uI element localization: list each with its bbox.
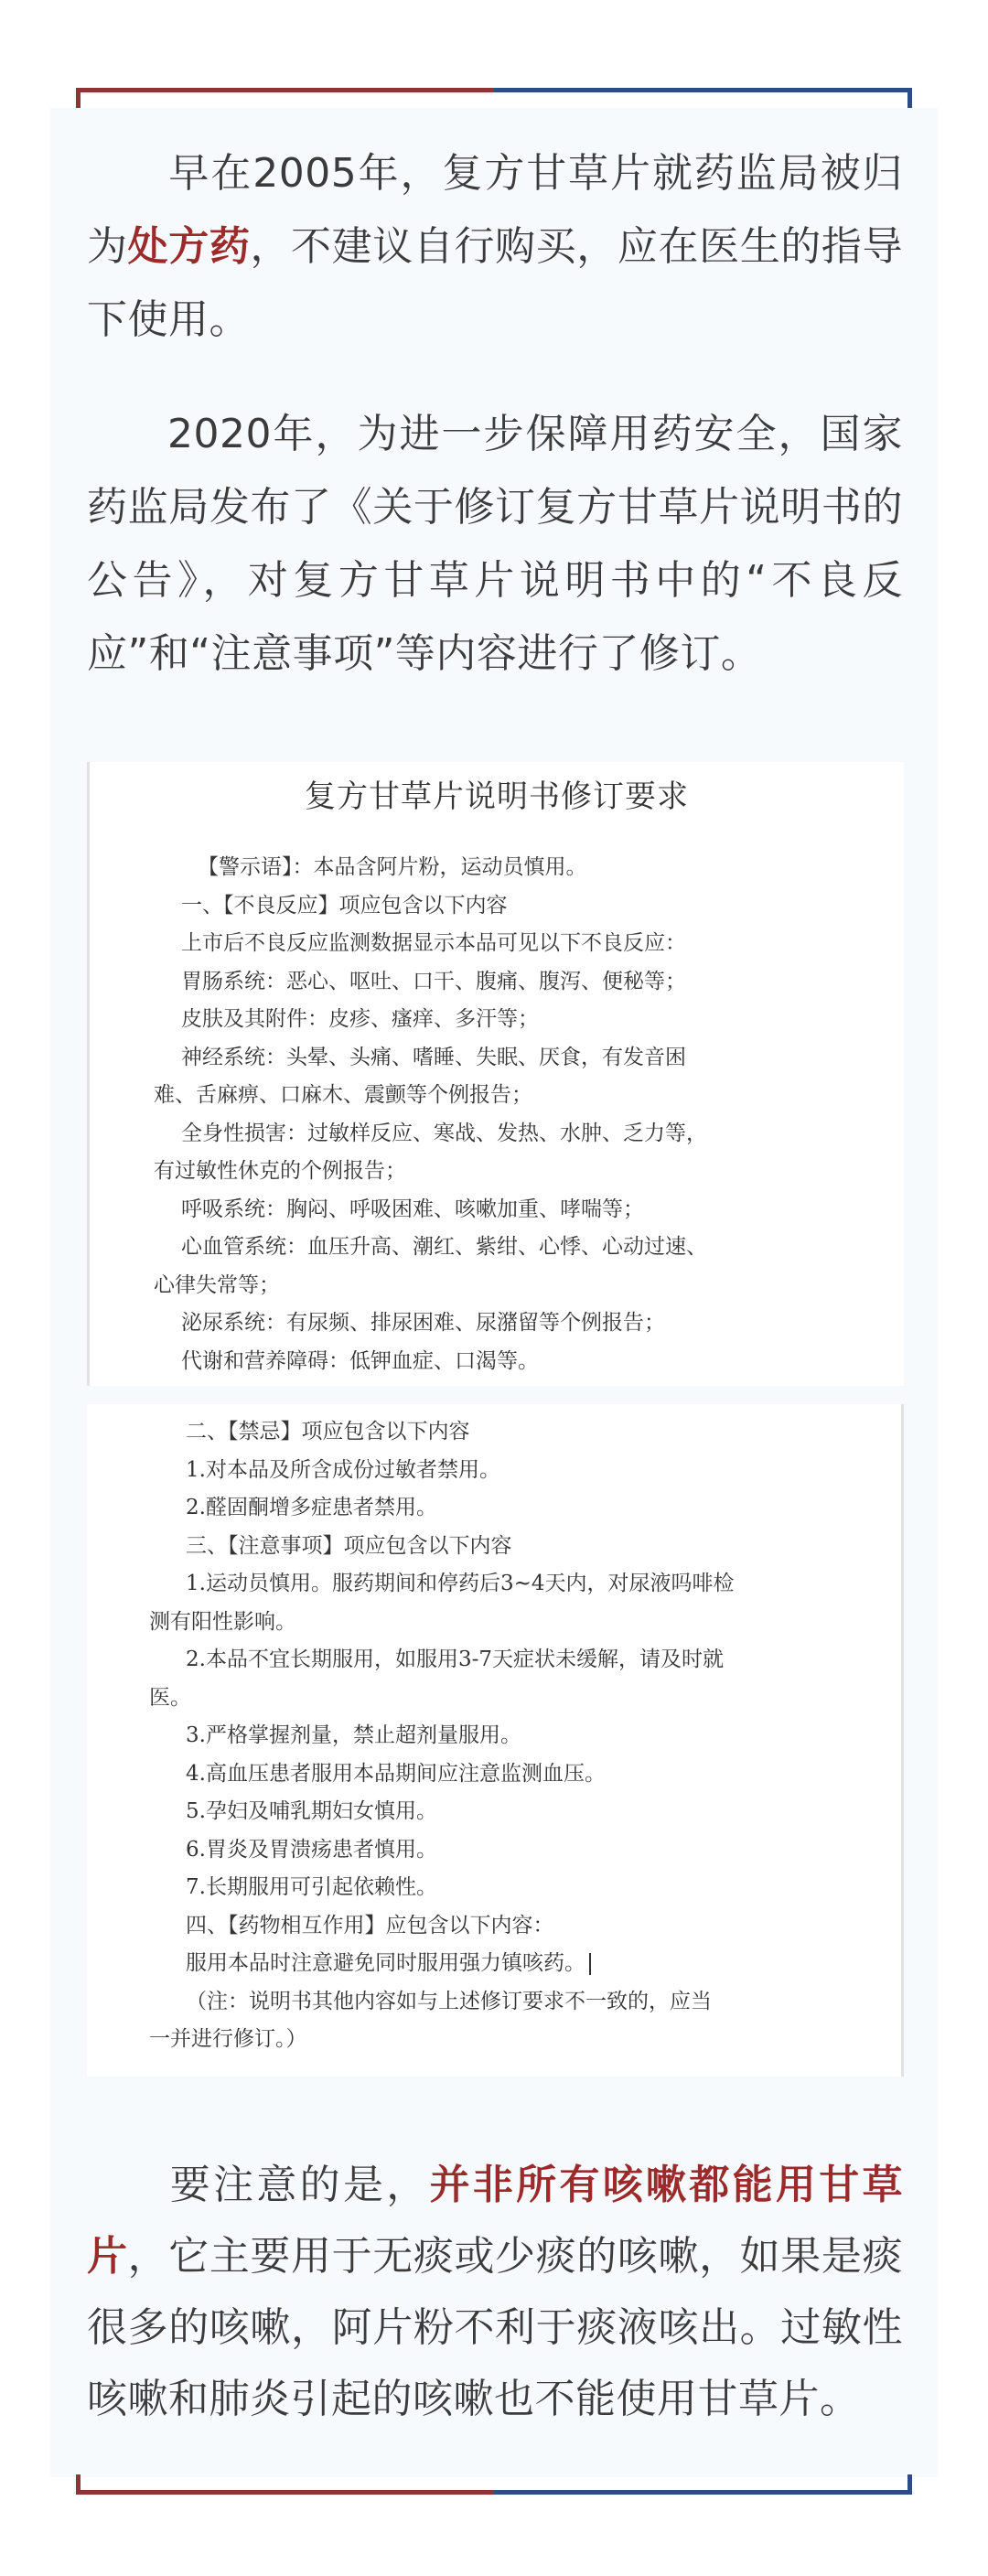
top-frame-border xyxy=(76,88,912,108)
p3-text-before: 要注意的是， xyxy=(167,2162,430,2208)
paragraph-prescription-drug: 早在2005年，复方甘草片就药监局被归为处方药，不建议自行购买，应在医生的指导下… xyxy=(87,137,903,357)
bottom-frame-border xyxy=(76,2474,912,2495)
document-line: 呼吸系统：胸闷、呼吸困难、咳嗽加重、哮喘等； xyxy=(90,1191,904,1229)
document-line: 5.孕妇及哺乳期妇女慎用。 xyxy=(87,1793,901,1831)
paragraph-cough-warning: 要注意的是，并非所有咳嗽都能用甘草片，它主要用于无痰或少痰的咳嗽，如果是痰很多的… xyxy=(87,2150,903,2435)
document-line: 心律失常等； xyxy=(90,1267,904,1305)
document-line: 服用本品时注意避免同时服用强力镇咳药。 xyxy=(87,1945,901,1983)
document-line: 一并进行修订。） xyxy=(87,2021,901,2059)
top-border-right-tick xyxy=(907,88,912,108)
document-line: 神经系统：头晕、头痛、嗜睡、失眠、厌食，有发音困 xyxy=(90,1039,904,1078)
text-cursor-icon xyxy=(589,1953,591,1975)
document-line: 【警示语】：本品含阿片粉，运动员慎用。 xyxy=(90,849,904,887)
p1-highlight: 处方药 xyxy=(128,223,251,270)
document-line: 3.严格掌握剂量，禁止超剂量服用。 xyxy=(87,1717,901,1755)
bottom-border-blue-segment xyxy=(494,2490,912,2495)
document-line: 全身性损害：过敏样反应、寒战、发热、水肿、乏力等， xyxy=(90,1115,904,1154)
document-line: 测有阳性影响。 xyxy=(87,1604,901,1642)
top-border-blue-segment xyxy=(494,88,912,92)
document-line: 医。 xyxy=(87,1680,901,1718)
document-line: 4.高血压患者服用本品期间应注意监测血压。 xyxy=(87,1755,901,1794)
top-border-left-tick xyxy=(76,88,81,108)
document-lines-part-2: 二、【禁忌】项应包含以下内容1.对本品及所含成份过敏者禁用。2.醛固酮增多症患者… xyxy=(87,1413,901,2059)
document-line: 1.运动员慎用。服药期间和停药后3~4天内，对尿液吗啡检 xyxy=(87,1565,901,1604)
paragraph-2020-revision: 2020年，为进一步保障用药安全，国家药监局发布了《关于修订复方甘草片说明书的公… xyxy=(87,398,903,691)
document-line: 四、【药物相互作用】应包含以下内容： xyxy=(87,1907,901,1946)
document-line: 泌尿系统：有尿频、排尿困难、尿潴留等个例报告； xyxy=(90,1304,904,1343)
document-line: 2.醛固酮增多症患者禁用。 xyxy=(87,1489,901,1528)
document-image-part-2: 二、【禁忌】项应包含以下内容1.对本品及所含成份过敏者禁用。2.醛固酮增多症患者… xyxy=(87,1404,904,2077)
document-line: 心血管系统：血压升高、潮红、紫绀、心悸、心动过速、 xyxy=(90,1229,904,1267)
document-line: 二、【禁忌】项应包含以下内容 xyxy=(87,1413,901,1452)
document-line: 皮肤及其附件：皮疹、瘙痒、多汗等； xyxy=(90,1001,904,1039)
top-border-red-segment xyxy=(76,88,494,92)
document-image-part-1: 复方甘草片说明书修订要求 【警示语】：本品含阿片粉，运动员慎用。一、【不良反应】… xyxy=(87,762,904,1386)
document-line: 胃肠系统：恶心、呕吐、口干、腹痛、腹泻、便秘等； xyxy=(90,963,904,1002)
p3-text-after: ，它主要用于无痰或少痰的咳嗽，如果是痰很多的咳嗽，阿片粉不利于痰液咳出。过敏性咳… xyxy=(87,2233,903,2422)
document-line: 6.胃炎及胃溃疡患者慎用。 xyxy=(87,1831,901,1870)
bottom-border-right-tick xyxy=(907,2474,912,2495)
document-lines-part-1: 【警示语】：本品含阿片粉，运动员慎用。一、【不良反应】项应包含以下内容上市后不良… xyxy=(90,849,904,1380)
document-line: 一、【不良反应】项应包含以下内容 xyxy=(90,887,904,926)
document-line: 三、【注意事项】项应包含以下内容 xyxy=(87,1528,901,1566)
document-line: 1.对本品及所含成份过敏者禁用。 xyxy=(87,1452,901,1490)
document-line: 2.本品不宜长期服用，如服用3-7天症状未缓解，请及时就 xyxy=(87,1641,901,1680)
document-line: 上市后不良反应监测数据显示本品可见以下不良反应： xyxy=(90,925,904,963)
document-title: 复方甘草片说明书修订要求 xyxy=(90,771,904,816)
document-line: 难、舌麻痹、口麻木、震颤等个例报告； xyxy=(90,1077,904,1115)
bottom-border-red-segment xyxy=(76,2490,494,2495)
document-line: 7.长期服用可引起依赖性。 xyxy=(87,1869,901,1907)
document-line: 有过敏性休克的个例报告； xyxy=(90,1153,904,1191)
document-line: 代谢和营养障碍：低钾血症、口渴等。 xyxy=(90,1343,904,1381)
p2-text: 2020年，为进一步保障用药安全，国家药监局发布了《关于修订复方甘草片说明书的公… xyxy=(87,411,903,677)
document-line: （注：说明书其他内容如与上述修订要求不一致的，应当 xyxy=(87,1983,901,2022)
bottom-border-left-tick xyxy=(76,2474,81,2495)
